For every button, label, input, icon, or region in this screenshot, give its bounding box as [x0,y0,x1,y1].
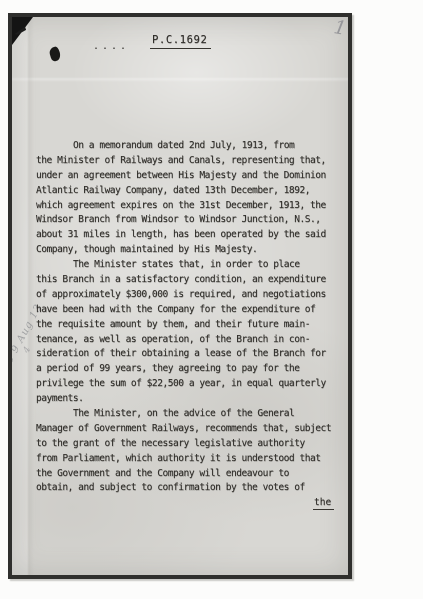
body-line: obtain, and subject to confirmation by t… [36,481,338,496]
body-line: Windsor Branch from Windsor to Windsor J… [36,213,338,228]
handwritten-page-number: 1 [332,16,348,40]
body-line: tenance, as well as operation, of the Br… [36,333,338,348]
order-reference-number: P.C.1692 [150,34,211,49]
body-line: from Parliament, which authority it is u… [36,452,338,467]
body-line: the Minister of Railways and Canals, rep… [36,154,338,169]
body-line: On a memorandum dated 2nd July, 1913, fr… [36,139,338,154]
body-line: a period of 99 years, they agreeing to p… [36,362,338,377]
body-line: Company, though maintained by His Majest… [36,243,338,258]
body-line: which agreement expires on the 31st Dece… [36,199,338,214]
typed-dots: .... [93,41,129,52]
body-line: Atlantic Railway Company, dated 13th Dec… [36,184,338,199]
body-line: The Minister, on the advice of the Gener… [36,407,338,422]
body-line: the Government and the Company will ende… [36,467,338,482]
ink-blot [48,46,61,62]
body-line: payments. [36,392,338,407]
body-line: to the grant of the necessary legislativ… [36,437,338,452]
body-line: this Branch in a satisfactory condition,… [36,273,338,288]
body-line: of approximately $300,000 is required, a… [36,288,338,303]
body-line: privilege the sum of $22,500 a year, in … [36,377,338,392]
body-line: Manager of Government Railways, recommen… [36,422,338,437]
document-photo: .... P.C.1692 1 1886 9 Aug 13 4 On a mem… [8,13,352,579]
body-line: the requisite amount by them, and their … [36,318,338,333]
body-line: sideration of their obtaining a lease of… [36,347,338,362]
catchword: the [313,497,334,510]
body-line: The Minister states that, in order to pl… [36,258,338,273]
body-line: have been had with the Company for the e… [36,303,338,318]
typed-body-text: On a memorandum dated 2nd July, 1913, fr… [36,139,338,496]
body-line: under an agreement between His Majesty a… [36,169,338,184]
body-line: about 31 miles in length, has been opera… [36,228,338,243]
